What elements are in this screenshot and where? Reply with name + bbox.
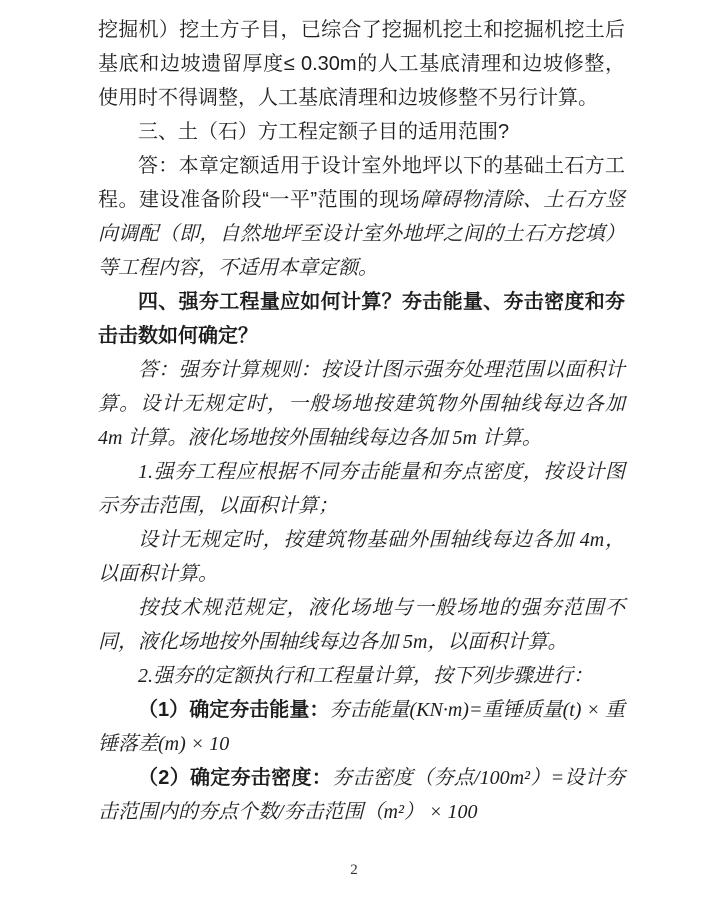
step-1-label: （1）确定夯击能量： [138,699,329,721]
list-item-1: 1.强夯工程应根据不同夯击能量和夯点密度，按设计图示夯击范围，以面积计算； [98,455,625,523]
question-4-heading: 四、强夯工程量应如何计算？夯击能量、夯击密度和夯击击数如何确定？ [98,285,625,353]
answer-3: 答：本章定额适用于设计室外地坪以下的基础土石方工程。建设准备阶段“一平”范围的现… [98,149,625,285]
question-3-heading: 三、土（石）方工程定额子目的适用范围? [98,115,625,149]
text-body: 挖掘机）挖土方子目，已综合了挖掘机挖土和挖掘机挖土后基底和边坡遗留厚度≤ 0.3… [98,13,625,829]
list-item-1-note-2: 按技术规范规定，液化场地与一般场地的强夯范围不同，液化场地按外围轴线每边各加 5… [98,591,625,659]
answer-4-intro: 答：强夯计算规则：按设计图示强夯处理范围以面积计算。设计无规定时，一般场地按建筑… [98,353,625,455]
page-number: 2 [0,862,708,879]
step-2-label: （2）确定夯击密度： [138,767,332,789]
paragraph-continuation: 挖掘机）挖土方子目，已综合了挖掘机挖土和挖掘机挖土后基底和边坡遗留厚度≤ 0.3… [98,13,625,115]
step-1-energy: （1）确定夯击能量：夯击能量(KN·m)=重锤质量(t) × 重锤落差(m) ×… [98,693,625,761]
list-item-1-note-1: 设计无规定时，按建筑物基础外围轴线每边各加 4m，以面积计算。 [98,523,625,591]
document-page: 挖掘机）挖土方子目，已综合了挖掘机挖土和挖掘机挖土后基底和边坡遗留厚度≤ 0.3… [0,0,708,897]
step-2-density: （2）确定夯击密度：夯击密度（夯点/100m²）=设计夯击范围内的夯点个数/夯击… [98,761,625,829]
list-item-2: 2.强夯的定额执行和工程量计算，按下列步骤进行： [98,659,625,693]
